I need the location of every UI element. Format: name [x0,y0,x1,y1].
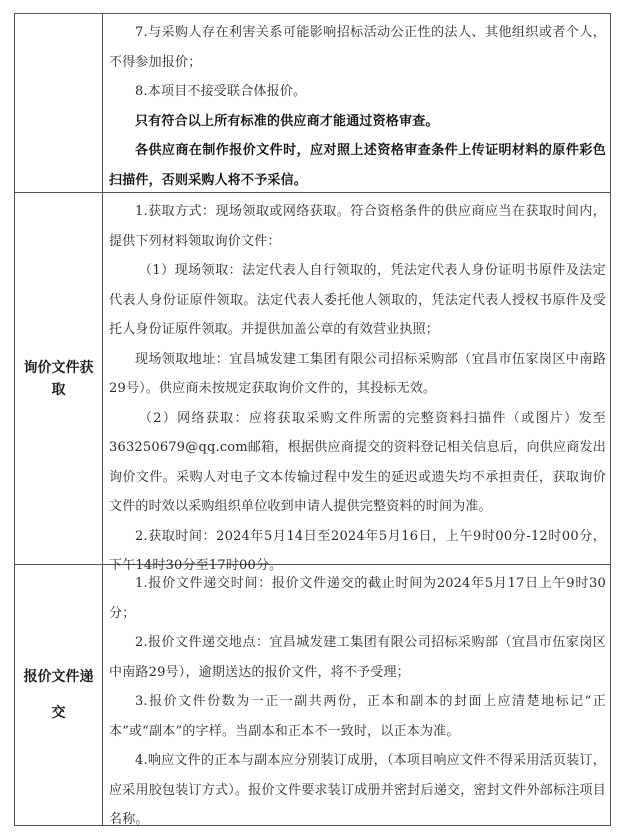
paragraph-copies: 3.报价文件份数为一正一副共两份，正本和副本的封面上应清楚地标记“正本”或“副本… [109,687,606,746]
row-label-line-1: 报价文件递 [24,666,94,688]
requirements-table: 7.与采购人存在利害关系可能影响招标活动公正性的法人、其他组织或者个人，不得参加… [14,13,611,826]
paragraph-item-7: 7.与采购人存在利害关系可能影响招标活动公正性的法人、其他组织或者个人，不得参加… [109,18,606,77]
row-label-line-2: 交 [52,702,66,724]
row-label-empty [15,14,103,192]
table-row-qualifications: 7.与采购人存在利害关系可能影响招标活动公正性的法人、其他组织或者个人，不得参加… [15,14,610,192]
paragraph-item-8: 8.本项目不接受联合体报价。 [109,77,606,107]
paragraph-binding: 4.响应文件的正本与副本应分别装订成册，（本项目响应文件不得采用活页装订，应采用… [109,746,606,835]
table-row-inquiry-file-acquisition: 询价文件获取 1.获取方式：现场领取或网络获取。符合资格条件的供应商应当在获取时… [15,192,610,564]
table-row-quote-submission: 报价文件递 交 1.报价文件递交时间：报价文件递交的截止时间为2024年5月17… [15,564,610,825]
paragraph-onsite-address: 现场领取地址：宜昌城发建工集团有限公司招标采购部（宜昌市伍家岗区中南路29号）。… [109,345,606,404]
row-content: 1.报价文件递交时间：报价文件递交的截止时间为2024年5月17日上午9时30分… [103,565,610,825]
row-content: 7.与采购人存在利害关系可能影响招标活动公正性的法人、其他组织或者个人，不得参加… [103,14,610,192]
paragraph-scan-requirement: 各供应商在制作报价文件时，应对照上述资格审查条件上传证明材料的原件彩色扫描件，否… [109,136,606,195]
row-label: 报价文件递 交 [15,565,103,825]
row-label: 询价文件获取 [15,193,103,564]
paragraph-acquisition-method: 1.获取方式：现场领取或网络获取。符合资格条件的供应商应当在获取时间内，提供下列… [109,197,606,256]
paragraph-online-acquisition: （2）网络获取：应将获取采购文件所需的完整资料扫描件（或图片）发至3632506… [109,404,606,522]
paragraph-submission-location: 2.报价文件递交地点：宜昌城发建工集团有限公司招标采购部（宜昌市伍家岗区中南路2… [109,628,606,687]
paragraph-onsite-collection: （1）现场领取：法定代表人自行领取的，凭法定代表人身份证明书原件及法定代表人身份… [109,256,606,345]
paragraph-qualification-note: 只有符合以上所有标准的供应商才能通过资格审查。 [109,107,606,137]
row-content: 1.获取方式：现场领取或网络获取。符合资格条件的供应商应当在获取时间内，提供下列… [103,193,610,564]
paragraph-submission-time: 1.报价文件递交时间：报价文件递交的截止时间为2024年5月17日上午9时30分… [109,569,606,628]
